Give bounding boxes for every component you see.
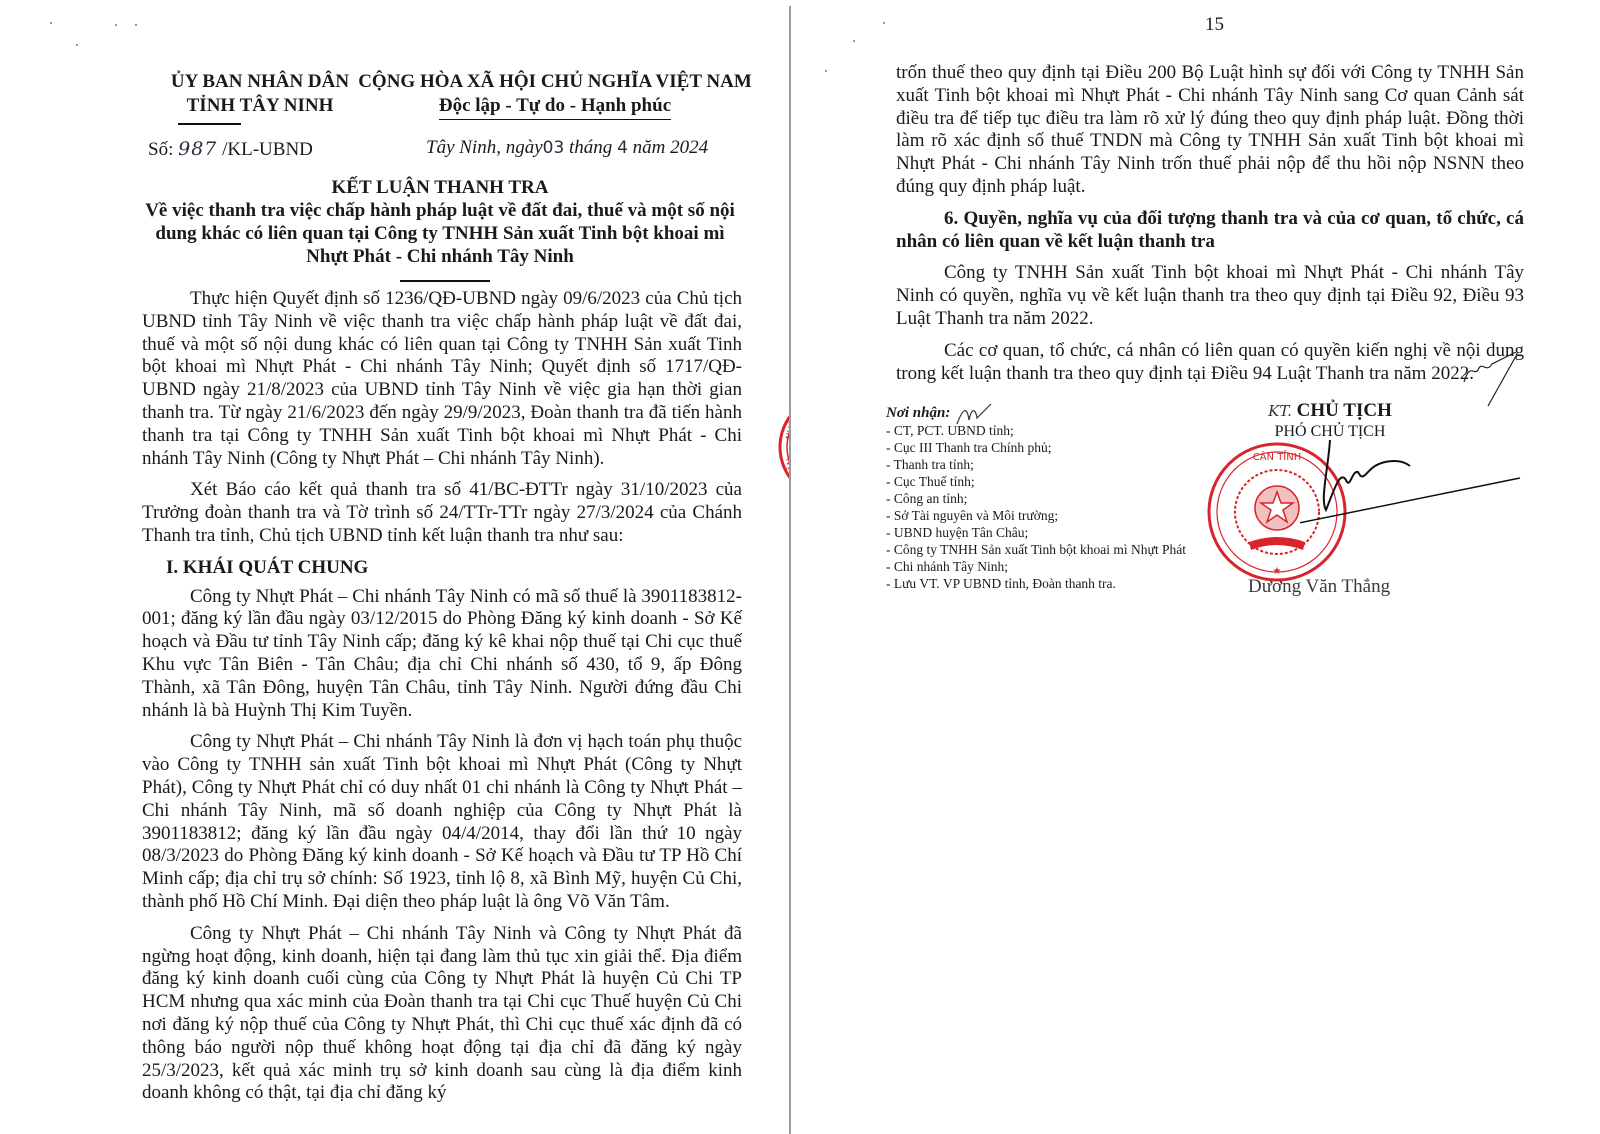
recipients-list: Nơi nhận: - CT, PCT. UBND tỉnh; - Cục II… <box>886 405 1186 592</box>
handwritten-prefix: KT. <box>1268 402 1292 420</box>
recipient-item: - Cục Thuế tỉnh; <box>886 473 1186 490</box>
title-subtitle-1: Về việc thanh tra việc chấp hành pháp lu… <box>120 199 760 222</box>
paragraph: Công ty Nhựt Phát – Chi nhánh Tây Ninh c… <box>142 586 742 723</box>
page-number: 15 <box>1205 14 1224 36</box>
scan-speck <box>76 44 78 46</box>
recipients-label: Nơi nhận: <box>886 405 1186 422</box>
handwritten-month: 4 <box>617 138 628 158</box>
title-subtitle-2: dung khác có liên quan tại Công ty TNHH … <box>120 222 760 245</box>
paragraph: Xét Báo cáo kết quả thanh tra số 41/BC-Đ… <box>142 479 742 547</box>
signature-stroke-icon <box>1300 430 1540 540</box>
approval-tick-icon <box>1460 352 1520 412</box>
signer-name: Dương Văn Thắng <box>1248 576 1390 598</box>
title-subtitle-3: Nhựt Phát - Chi nhánh Tây Ninh <box>120 245 760 268</box>
agency-underline <box>178 123 241 125</box>
recipient-item: - Thanh tra tỉnh; <box>886 456 1186 473</box>
paragraph: Công ty Nhựt Phát – Chi nhánh Tây Ninh v… <box>142 923 742 1105</box>
title-main: KẾT LUẬN THANH TRA <box>120 176 760 199</box>
recipient-item: - Sở Tài nguyên và Môi trường; <box>886 507 1186 524</box>
scan-speck <box>50 22 52 24</box>
signer-title: KT. CHỦ TỊCH <box>1230 400 1430 422</box>
recipient-item: - CT, PCT. UBND tỉnh; <box>886 422 1186 439</box>
right-body: trốn thuế theo quy định tại Điều 200 Bộ … <box>896 62 1524 394</box>
scan-speck <box>115 24 117 26</box>
document-date: Tây Ninh, ngày03 tháng 4 năm 2024 <box>426 137 708 159</box>
left-body: Thực hiện Quyết định số 1236/QĐ-UBND ngà… <box>142 288 742 1114</box>
initials-mark-icon <box>955 402 995 428</box>
handwritten-day: 03 <box>543 138 565 158</box>
document-number: Số: 987 /KL-UBND <box>148 138 313 161</box>
continued-paragraph: trốn thuế theo quy định tại Điều 200 Bộ … <box>896 62 1524 199</box>
document-page-left: ỦY BAN NHÂN DÂN TỈNH TÂY NINH CỘNG HÒA X… <box>0 0 790 1134</box>
paragraph: Công ty Nhựt Phát – Chi nhánh Tây Ninh l… <box>142 731 742 913</box>
country-name: CỘNG HÒA XÃ HỘI CHỦ NGHĨA VIỆT NAM <box>350 70 760 94</box>
svg-text:CÂN TỈNH: CÂN TỈNH <box>1253 449 1302 463</box>
handwritten-number: 987 <box>178 138 217 160</box>
section-heading: 6. Quyền, nghĩa vụ của đối tượng thanh t… <box>896 208 1524 254</box>
national-motto: Độc lập - Tự do - Hạnh phúc <box>439 94 671 120</box>
national-header: CỘNG HÒA XÃ HỘI CHỦ NGHĨA VIỆT NAM Độc l… <box>350 70 760 120</box>
document-title: KẾT LUẬN THANH TRA Về việc thanh tra việ… <box>120 176 760 268</box>
scan-speck <box>825 70 827 72</box>
scan-speck <box>853 40 855 42</box>
recipient-item: - Công an tỉnh; <box>886 490 1186 507</box>
title-underline <box>400 280 490 282</box>
recipient-item: - Lưu VT. VP UBND tỉnh, Đoàn thanh tra. <box>886 575 1186 592</box>
recipient-item: - Cục III Thanh tra Chính phủ; <box>886 439 1186 456</box>
paragraph: Công ty TNHH Sản xuất Tinh bột khoai mì … <box>896 262 1524 330</box>
recipient-item: - UBND huyện Tân Châu; <box>886 524 1186 541</box>
paragraph: Các cơ quan, tổ chức, cá nhân có liên qu… <box>896 340 1524 386</box>
scan-speck <box>135 24 137 26</box>
section-heading: I. KHÁI QUÁT CHUNG <box>142 557 742 580</box>
paragraph: Thực hiện Quyết định số 1236/QĐ-UBND ngà… <box>142 288 742 470</box>
recipient-item: - Công ty TNHH Sản xuất Tinh bột khoai m… <box>886 541 1186 575</box>
scan-speck <box>883 22 885 24</box>
